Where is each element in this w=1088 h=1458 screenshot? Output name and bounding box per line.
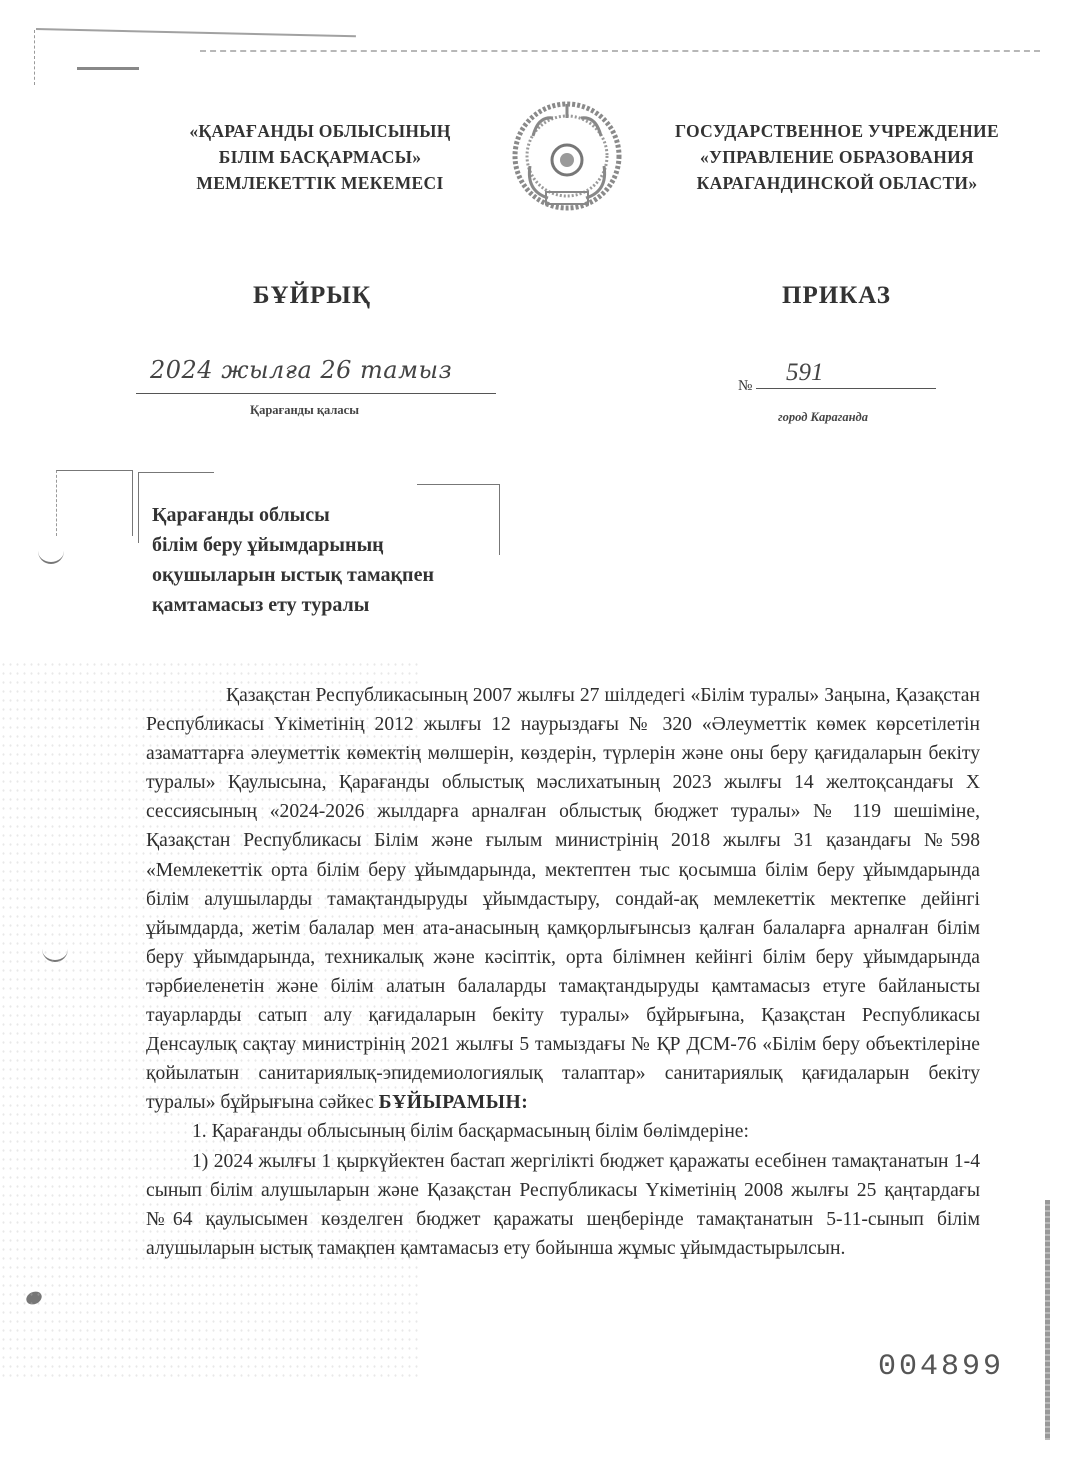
punch-hole-mark <box>38 548 64 564</box>
scan-artifact-right-edge <box>1045 1200 1050 1440</box>
item-1: 1. Қарағанды облысының білім басқармасын… <box>146 1117 980 1146</box>
subject-line: оқушыларын ыстық тамақпен <box>152 560 434 590</box>
header-kz-organization: «ҚАРАҒАНДЫ ОБЛЫСЫНЫҢ БІЛІМ БАСҚАРМАСЫ» М… <box>160 118 480 196</box>
header-ru-organization: ГОСУДАРСТВЕННОЕ УЧРЕЖДЕНИЕ «УПРАВЛЕНИЕ О… <box>652 118 1022 196</box>
number-label: № <box>738 378 752 395</box>
scan-artifact-frame <box>56 470 133 536</box>
city-label-kz: Қарағанды қаласы <box>250 403 359 418</box>
subject-line: қамтамасыз ету туралы <box>152 590 434 620</box>
serial-number: 004899 <box>878 1350 1004 1384</box>
header-ru-line: КАРАГАНДИНСКОЙ ОБЛАСТИ» <box>652 170 1022 196</box>
header-ru-line: ГОСУДАРСТВЕННОЕ УЧРЕЖДЕНИЕ <box>652 118 1022 144</box>
scan-artifact-bar <box>77 67 139 70</box>
preamble-paragraph: Қазақстан Республикасының 2007 жылғы 27 … <box>146 681 980 1117</box>
item-1-1: 1) 2024 жылғы 1 қыркүйектен бастап жергі… <box>146 1147 980 1263</box>
order-subject: Қарағанды облысы білім беру ұйымдарының … <box>152 500 434 620</box>
state-emblem-icon <box>508 96 626 228</box>
punch-hole-mark <box>42 946 68 962</box>
scan-artifact-top-line <box>36 28 356 37</box>
handwritten-date: 2024 жылға 26 тамыз <box>150 356 452 384</box>
header-kz-line: БІЛІМ БАСҚАРМАСЫ» <box>160 144 480 170</box>
scan-artifact-top-dash <box>200 50 1040 52</box>
city-label-ru: город Караганда <box>778 410 868 425</box>
subject-line: білім беру ұйымдарының <box>152 530 434 560</box>
document-title-kz: БҰЙРЫҚ <box>253 282 371 310</box>
document-title-ru: ПРИКАЗ <box>782 282 891 310</box>
preamble-text: Қазақстан Республикасының 2007 жылғы 27 … <box>146 685 980 1113</box>
order-body: Қазақстан Республикасының 2007 жылғы 27 … <box>146 681 980 1263</box>
handwritten-order-number: 591 <box>786 359 824 387</box>
header-ru-line: «УПРАВЛЕНИЕ ОБРАЗОВАНИЯ <box>652 144 1022 170</box>
number-underline <box>756 388 936 389</box>
order-word: БҰЙЫРАМЫН: <box>379 1092 529 1113</box>
header-kz-line: «ҚАРАҒАНДЫ ОБЛЫСЫНЫҢ <box>160 118 480 144</box>
scan-artifact-blot <box>24 1289 44 1307</box>
header-kz-line: МЕМЛЕКЕТТІК МЕКЕМЕСІ <box>160 170 480 196</box>
scan-artifact-left-tick <box>34 30 35 85</box>
subject-line: Қарағанды облысы <box>152 500 434 530</box>
